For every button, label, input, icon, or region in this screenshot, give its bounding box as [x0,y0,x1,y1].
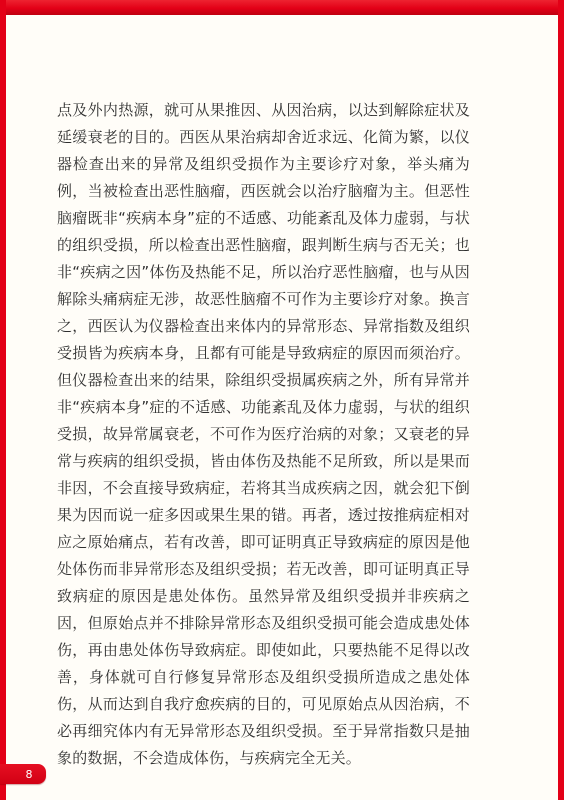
top-accent-bar [0,0,564,15]
left-accent-strip [0,0,6,800]
right-accent-strip [558,0,564,800]
page-number-tab: 8 [0,764,46,784]
book-page: 点及外内热源，就可从果推因、从因治病，以达到解除症状及延缓衰老的目的。西医从果治… [0,0,564,800]
page-number: 8 [26,769,33,780]
body-paragraph: 点及外内热源，就可从果推因、从因治病，以达到解除症状及延缓衰老的目的。西医从果治… [57,97,470,772]
